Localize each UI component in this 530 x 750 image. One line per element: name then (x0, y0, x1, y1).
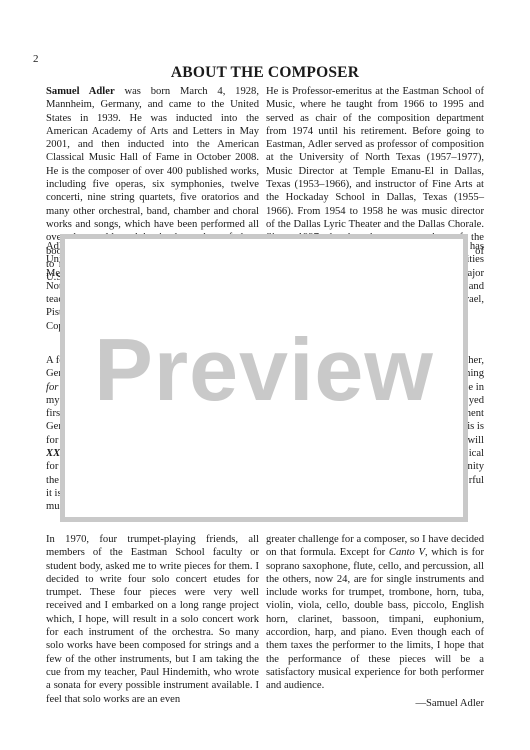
signature: —Samuel Adler (266, 698, 484, 709)
solo-series-column-right: greater challenge for a composer, so I h… (266, 533, 484, 693)
page-title-about-composer: ABOUT THE COMPOSER (0, 64, 530, 82)
preview-watermark-label: Preview (65, 319, 463, 421)
solo-series-text-left: In 1970, four trumpet-playing friends, a… (46, 533, 259, 706)
work-title-canto-v: Canto V (389, 547, 425, 558)
solo-series-text-right-b: , which is for soprano saxophone, flute,… (266, 547, 484, 691)
preview-watermark-overlay: Preview (60, 234, 468, 522)
composer-name: Samuel Adler (46, 86, 115, 97)
solo-series-column-left: In 1970, four trumpet-playing friends, a… (46, 533, 259, 706)
